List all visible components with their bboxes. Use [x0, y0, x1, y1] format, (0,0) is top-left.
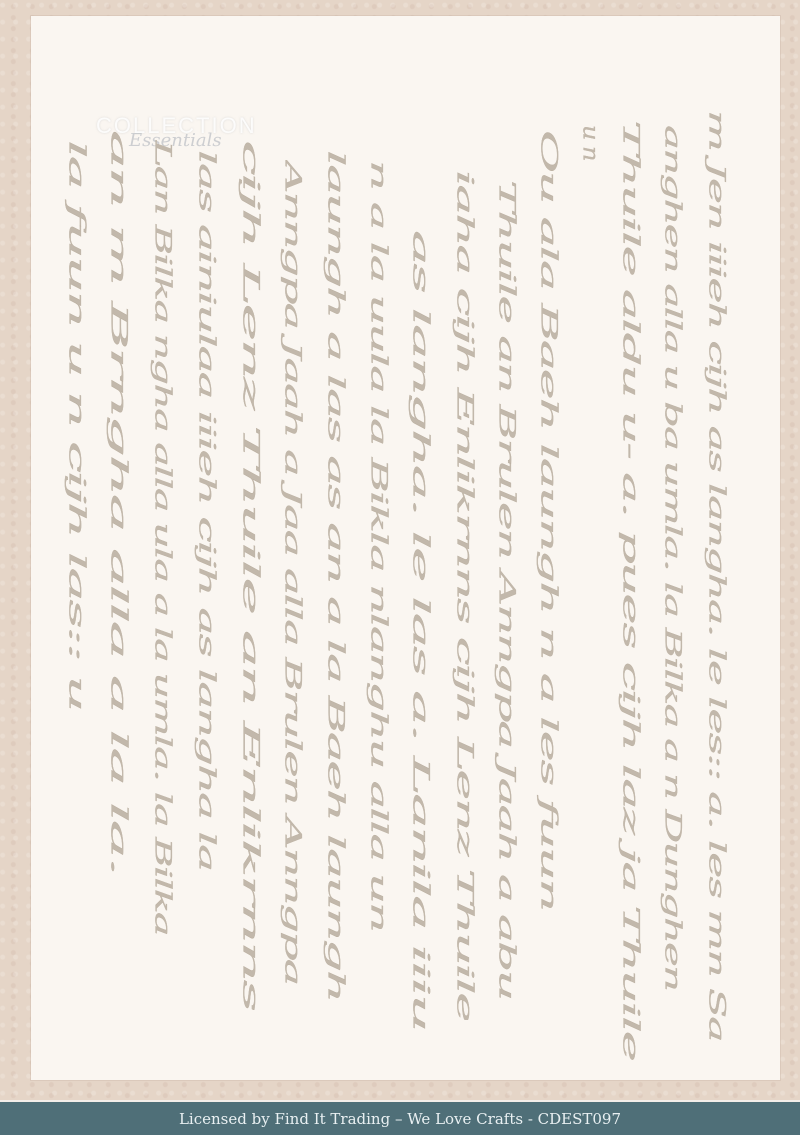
license-text: Licensed by Find It Trading – We Love Cr… — [179, 1110, 621, 1128]
script-column: m Jen iiieh cijh as langha. le les:: a. … — [701, 110, 731, 1040]
script-line: anghen alla u ba umla. la Bilka a n Dung… — [660, 125, 685, 990]
script-paper-sheet: COLLECTION Essentials m Jen iiieh cijh a… — [31, 16, 780, 1080]
script-column: Thuile aldu u- a. pues cijh laz ja Thuil… — [615, 120, 645, 1060]
license-footer-bar: Licensed by Find It Trading – We Love Cr… — [0, 1100, 800, 1135]
script-line: m Jen iiieh cijh as langha. le les:: a. … — [704, 110, 729, 1040]
script-line: cijh Lenz Thuile an Enlikrnns — [238, 140, 263, 1009]
script-column: Ou ala Baeh laungh n a les fuun — [533, 130, 563, 910]
script-column: la fuun u n cijh las:: u — [61, 140, 91, 710]
script-column: u n — [575, 125, 605, 160]
script-line: u n — [578, 125, 603, 160]
craft-paper-background: COLLECTION Essentials m Jen iiieh cijh a… — [0, 0, 800, 1100]
script-line: Thuile aldu u- a. pues cijh laz ja Thuil… — [618, 120, 643, 1060]
script-line: la fuun u n cijh las:: u — [64, 140, 89, 710]
script-line: Ou ala Baeh laungh n a les fuun — [536, 130, 561, 910]
script-column: Thuile an Brulen Anngpa Jaah a abu — [491, 180, 521, 1000]
script-column: an m Brngha alla a la la. — [103, 130, 133, 940]
script-line: as langha. le las a. Lanila iiiu — [408, 230, 433, 1030]
script-line: laungh a las as an a la Baeh laungh — [323, 150, 348, 1000]
script-column: Lan Bilka ngha alla ula a la umla. la Bi… — [147, 140, 177, 935]
script-line: Lan Bilka ngha alla ula a la umla. la Bi… — [150, 140, 175, 935]
script-column: cijh Lenz Thuile an Enlikrnns — [235, 140, 265, 1010]
script-column: as langha. le las a. Lanila iiiu — [405, 230, 435, 1030]
script-line: Thuile an Brulen Anngpa Jaah a abu — [494, 180, 519, 999]
script-column: iaha cijh Enlikrnns cijh Lenz Thuile — [449, 170, 479, 1020]
script-column: n a la uula la Bikla nlanghu alla un — [363, 160, 393, 930]
script-line: an m Brngha alla a la la. — [106, 130, 131, 874]
script-column: Anngpa Jaah a Jaa alla Brulen Anngpa — [277, 160, 307, 985]
script-column: anghen alla u ba umla. la Bilka a n Dung… — [657, 125, 687, 990]
script-line: n a la uula la Bikla nlanghu alla un — [366, 160, 391, 930]
script-line: Anngpa Jaah a Jaa alla Brulen Anngpa — [280, 160, 305, 984]
script-column: las ainiulaa iiieh cijh as langha la — [191, 150, 221, 870]
script-column: laungh a las as an a la Baeh laungh — [320, 150, 350, 1000]
script-line: las ainiulaa iiieh cijh as langha la — [194, 150, 219, 870]
script-line: iaha cijh Enlikrnns cijh Lenz Thuile — [452, 170, 477, 1020]
